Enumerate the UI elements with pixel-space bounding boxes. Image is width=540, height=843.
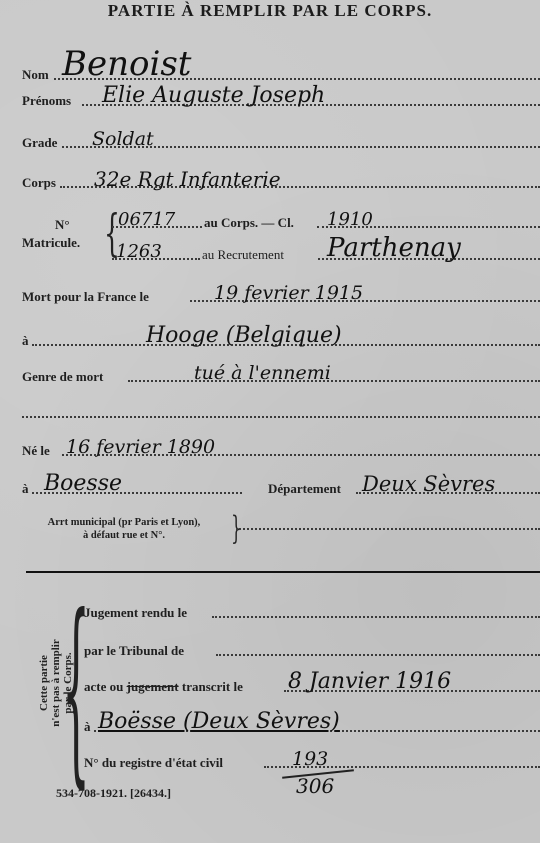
lieu-naissance-value: Boesse [44,473,122,495]
blank-line-row [22,398,540,420]
departement-label: Département [268,482,341,496]
naissance-date-value: 16 fevrier 1890 [66,438,215,457]
registre-value-bottom: 306 [296,776,334,796]
registre-row: N° du registre d'état civil 193 [84,748,540,770]
arrondissement-dotted-line [236,528,540,530]
grade-value: Soldat [92,130,154,149]
lieu-deces-row: à Hooge (Belgique) [22,320,540,348]
registre-label: N° du registre d'état civil [84,756,223,770]
arrondissement-label-line1: Arrt municipal (pr Paris et Lyon), [24,516,224,529]
matricule-recrutement-row: 1263 au Recrutement Parthenay [112,236,540,262]
jugement-row: Jugement rendu le [84,598,540,620]
classe-value: 1910 [327,211,373,229]
corps-number-value: 06717 [118,211,175,229]
tribunal-dotted-line [216,654,540,656]
registre-value-top: 193 [292,750,328,769]
lieu-deces-value: Hooge (Belgique) [146,325,342,347]
acte-lieu-value: Boësse (Deux Sèvres) [98,711,340,733]
lieu-naissance-row: à Boesse Département Deux Sèvres [22,474,540,496]
acte-label-struck: jugement [127,679,179,694]
nom-value: Benoist [62,47,191,81]
corps-value: 32e Rgt Infanterie [94,169,281,189]
genre-mort-label: Genre de mort [22,370,103,384]
section-divider [26,571,540,573]
prenoms-value: Elie Auguste Joseph [102,85,325,107]
side-note-line2: n'est pas à remplir [50,639,62,727]
genre-mort-value: tué à l'ennemi [194,364,331,383]
acte-date-value: 8 Janvier 1916 [288,671,451,693]
grade-label: Grade [22,136,57,150]
jugement-dotted-line [212,616,540,618]
matricule-corps-row: 06717 au Corps. — Cl. 1910 [112,208,540,230]
acte-label: acte ou jugement transcrit le [84,680,243,694]
side-note-line1: Cette partie [38,639,50,727]
acte-label-suffix: transcrit le [179,679,243,694]
tribunal-row: par le Tribunal de [84,636,540,658]
corps-row: Corps 32e Rgt Infanterie [22,168,540,190]
naissance-row: Né le 16 fevrier 1890 [22,436,540,458]
blank-dotted-line [22,416,540,418]
prenoms-row: Prénoms Elie Auguste Joseph [22,86,540,108]
genre-mort-row: Genre de mort tué à l'ennemi [22,362,540,384]
mort-label: Mort pour la France le [22,290,149,304]
nom-label: Nom [22,68,49,82]
corps-label: Corps [22,176,56,190]
genre-mort-dotted-line [128,380,540,382]
grade-row: Grade Soldat [22,128,540,150]
tribunal-label: par le Tribunal de [84,644,184,658]
death-record-card: PARTIE À REMPLIR PAR LE CORPS. Nom Benoi… [0,0,540,843]
mort-row: Mort pour la France le 19 fevrier 1915 [22,282,540,304]
arrondissement-label-line2: à défaut rue et N°. [24,529,224,542]
recrutement-value: Parthenay [327,235,461,261]
corps-classe-label: au Corps. — Cl. [204,216,294,230]
recrutement-label: au Recrutement [202,248,284,262]
page-title: PARTIE À REMPLIR PAR LE CORPS. [0,1,540,21]
naissance-label: Né le [22,444,50,458]
acte-lieu-row: à Boësse (Deux Sèvres) [84,708,540,734]
jugement-label: Jugement rendu le [84,606,187,620]
acte-row: acte ou jugement transcrit le 8 Janvier … [84,672,540,694]
prenoms-label: Prénoms [22,94,71,108]
print-code: 534-708-1921. [26434.] [56,786,171,801]
nom-row: Nom Benoist [22,56,540,82]
mort-date-value: 19 fevrier 1915 [214,284,363,303]
acte-lieu-label: à [84,720,91,734]
departement-value: Deux Sèvres [362,474,495,495]
recrutement-number-value: 1263 [116,243,162,261]
acte-label-prefix: acte ou [84,679,127,694]
lieu-naissance-label: à [22,482,29,496]
lieu-deces-label: à [22,334,29,348]
